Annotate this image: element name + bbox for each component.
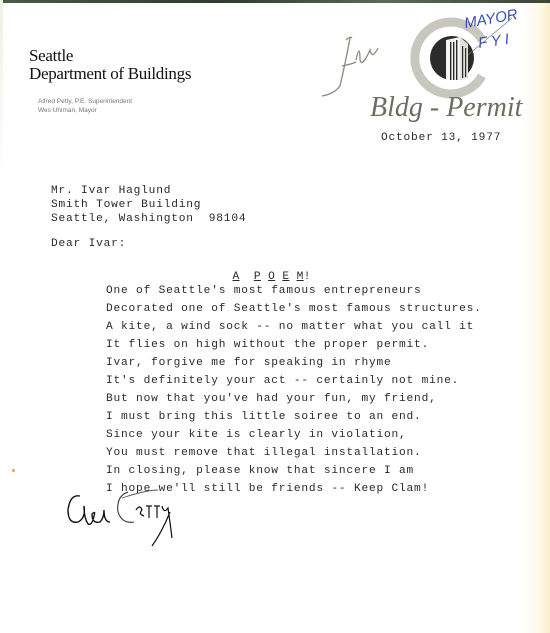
poem-line: Since your kite is clearly in violation, <box>106 426 482 444</box>
recipient-address-line1: Smith Tower Building <box>51 199 201 211</box>
salutation: Dear Ivar: <box>51 238 126 250</box>
poem-line: A kite, a wind sock -- no matter what yo… <box>106 318 482 336</box>
letterhead-department: Department of Buildings <box>29 64 191 84</box>
scan-left-edge <box>0 0 3 633</box>
poem-line: It flies on high without the proper perm… <box>106 336 482 354</box>
pencil-category-note: Bldg - Permit <box>370 82 550 132</box>
letterhead-city: Seattle <box>29 46 73 66</box>
recipient-address-line2: Seattle, Washington 98104 <box>51 213 246 225</box>
blue-handwritten-note: MAYOR F Y I <box>460 0 550 60</box>
signature <box>66 488 206 558</box>
svg-text:F Y I: F Y I <box>477 31 510 52</box>
poem-line: In closing, please know that sincere I a… <box>106 462 482 480</box>
poem-line: You must remove that illegal installatio… <box>106 444 482 462</box>
poem-line: Decorated one of Seattle's most famous s… <box>106 300 482 318</box>
poem-line: But now that you've had your fun, my fri… <box>106 390 482 408</box>
poem-line: It's definitely your act -- certainly no… <box>106 372 482 390</box>
recipient-name: Mr. Ivar Haglund <box>51 185 171 197</box>
poem-line: One of Seattle's most famous entrepreneu… <box>106 282 482 300</box>
letter-page: Seattle Department of Buildings Alfred P… <box>0 0 550 633</box>
svg-text:Bldg - Permit: Bldg - Permit <box>370 92 524 123</box>
poem-body: One of Seattle's most famous entrepreneu… <box>106 282 482 498</box>
letterhead-mayor: Wes Uhlman, Mayor <box>38 107 97 114</box>
letter-date: October 13, 1977 <box>381 132 501 144</box>
paper-speck <box>12 469 15 472</box>
letterhead-superintendent: Alfred Petty, P.E. Superintendent <box>38 98 132 105</box>
poem-line: Ivar, forgive me for speaking in rhyme <box>106 354 482 372</box>
poem-line: I must bring this little soiree to an en… <box>106 408 482 426</box>
